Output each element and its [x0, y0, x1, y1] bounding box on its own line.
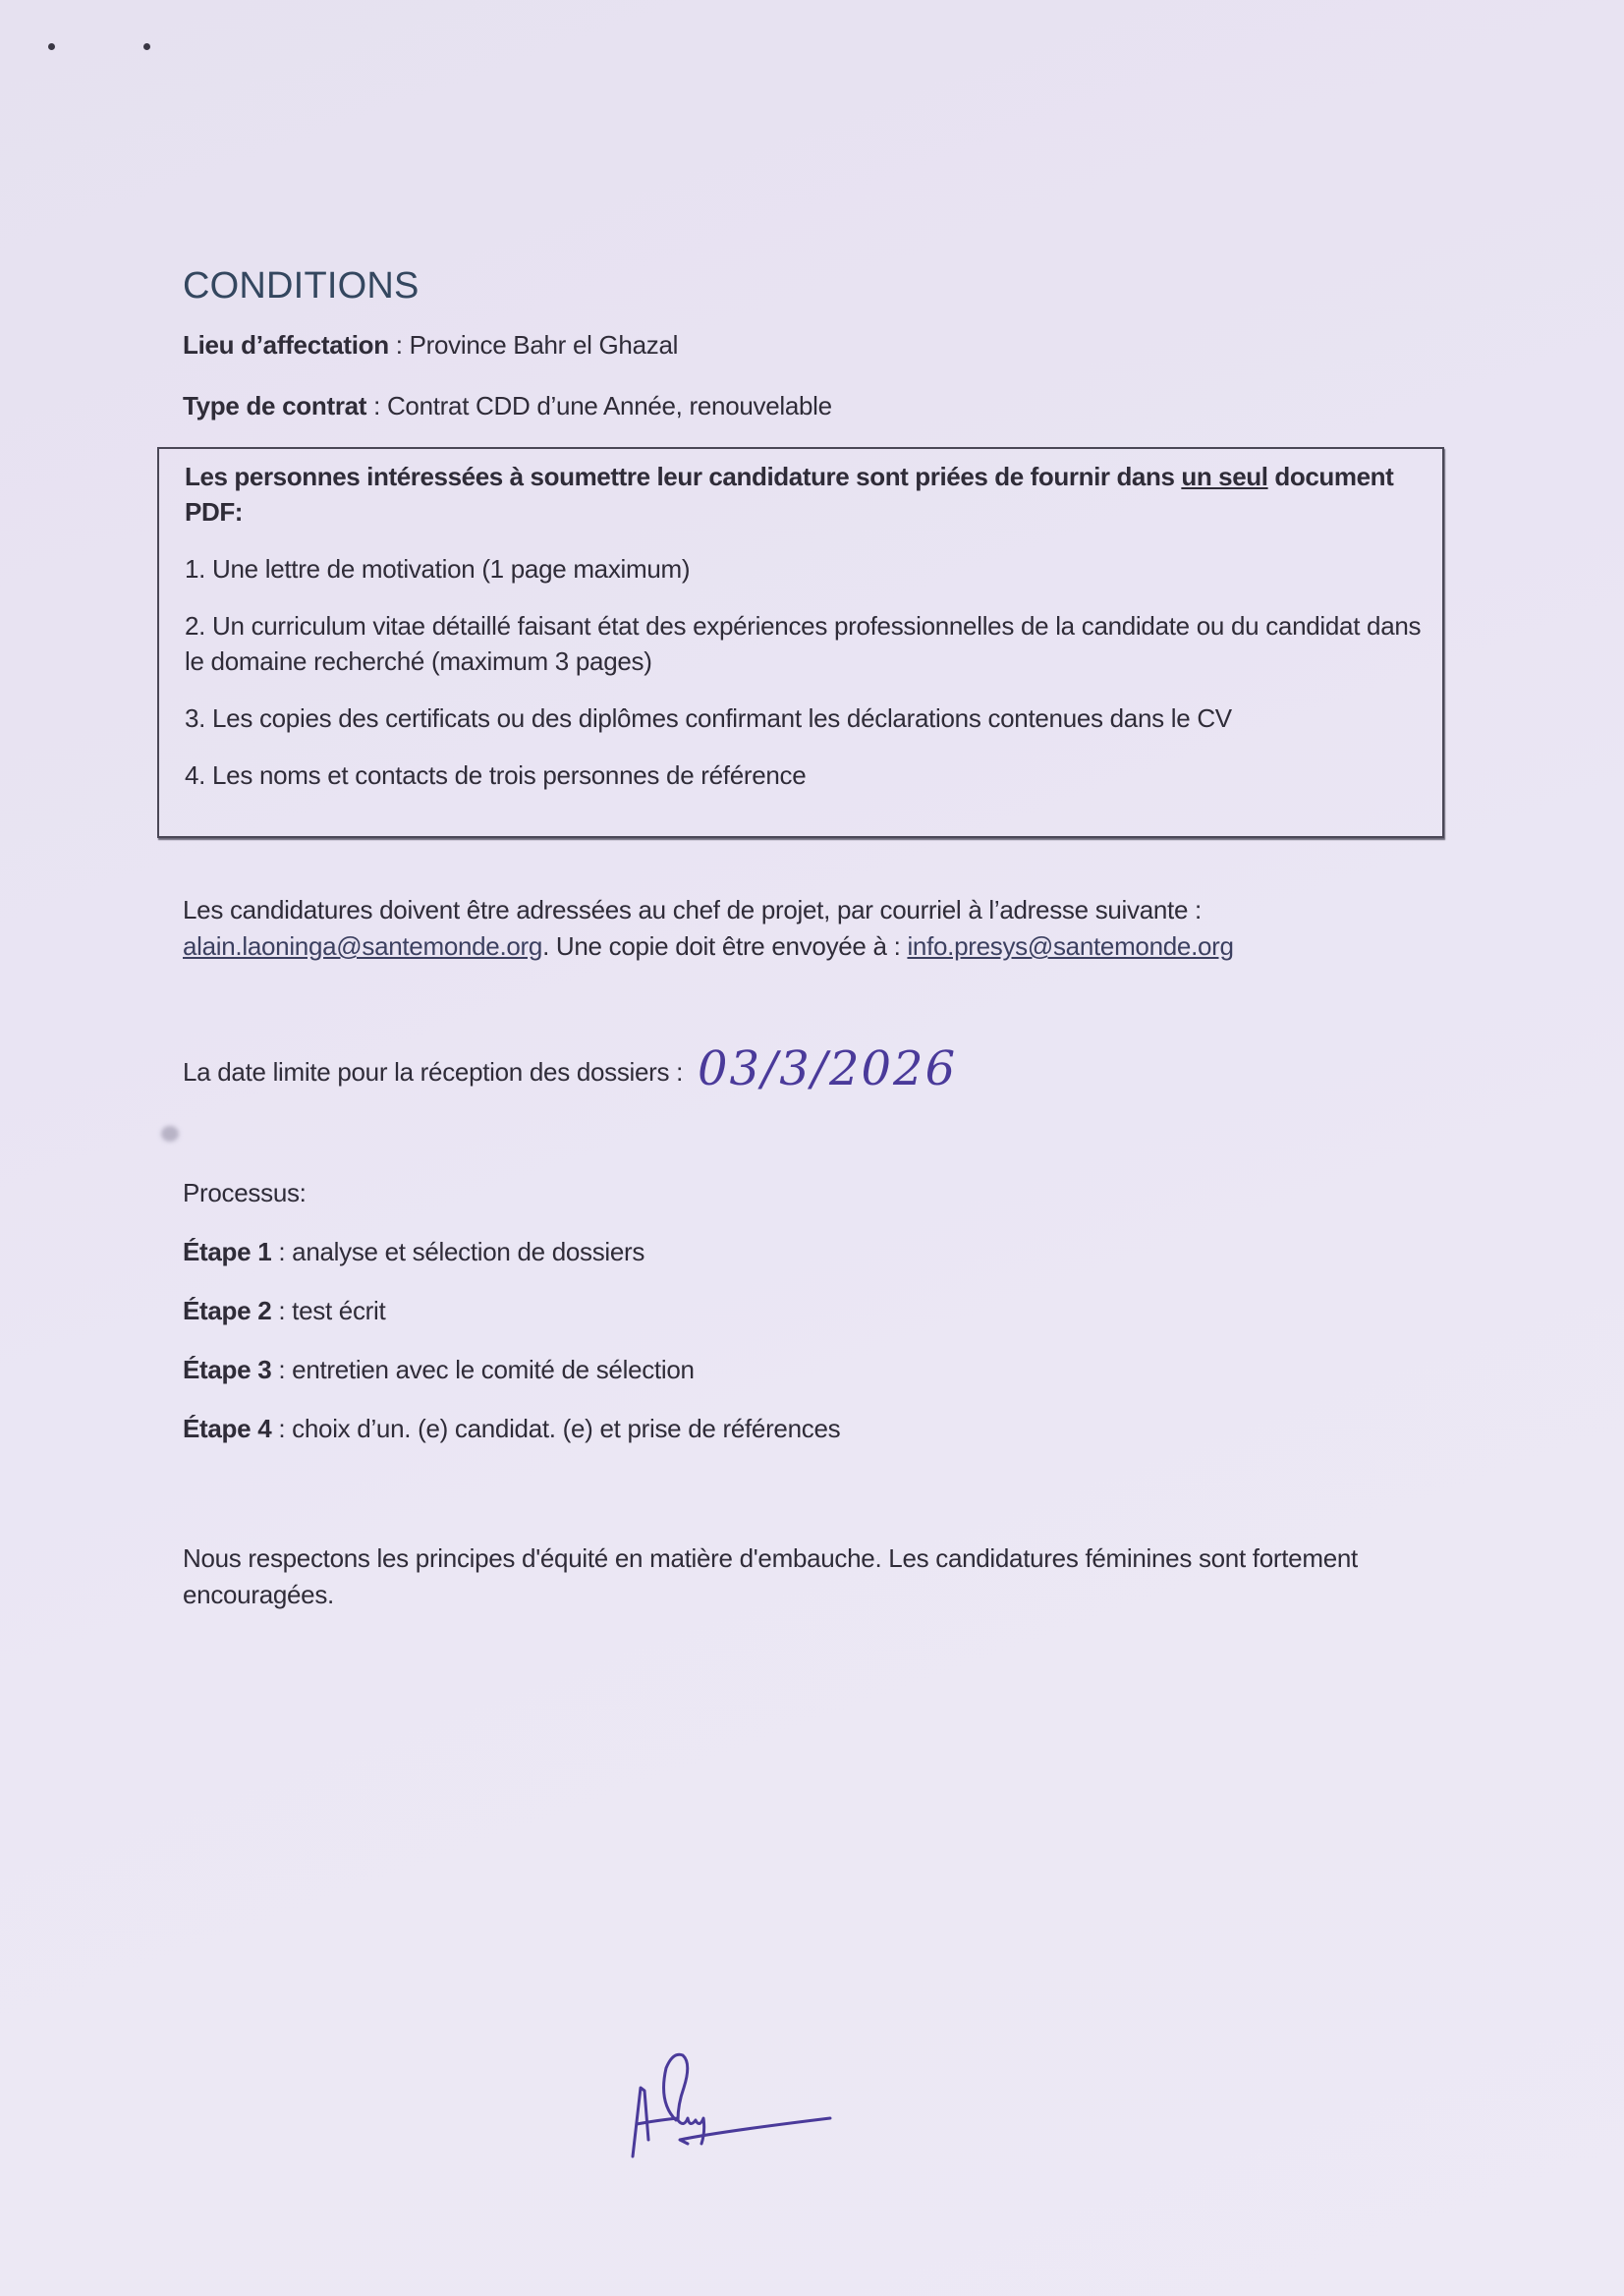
- process-step: Étape 4 : choix d’un. (e) candidat. (e) …: [183, 1411, 1460, 1446]
- location-value: Province Bahr el Ghazal: [410, 330, 678, 360]
- location-line: Lieu d’affectation : Province Bahr el Gh…: [183, 327, 1460, 363]
- process-step: Étape 1 : analyse et sélection de dossie…: [183, 1234, 1460, 1269]
- requirement-item: 3. Les copies des certificats ou des dip…: [185, 700, 1423, 736]
- conditions-section: CONDITIONS Lieu d’affectation : Province…: [183, 265, 1460, 449]
- page-title: CONDITIONS: [183, 265, 1460, 308]
- deadline-section: La date limite pour la réception des dos…: [183, 1051, 1460, 1091]
- requirements-intro: Les personnes intéressées à soumettre le…: [185, 459, 1423, 530]
- contract-line: Type de contrat : Contrat CDD d’une Anné…: [183, 388, 1460, 423]
- location-label: Lieu d’affectation: [183, 330, 389, 360]
- primary-email-link[interactable]: alain.laoninga@santemonde.org: [183, 931, 542, 961]
- punch-hole-mark: [48, 43, 55, 50]
- process-step: Étape 2 : test écrit: [183, 1293, 1460, 1328]
- equity-section: Nous respectons les principes d'équité e…: [183, 1540, 1440, 1613]
- equity-statement: Nous respectons les principes d'équité e…: [183, 1540, 1440, 1613]
- application-instructions: Les candidatures doivent être adressées …: [183, 892, 1460, 965]
- process-step: Étape 3 : entretien avec le comité de sé…: [183, 1352, 1460, 1387]
- punch-hole-mark: [143, 43, 150, 50]
- deadline-line: La date limite pour la réception des dos…: [183, 1051, 1460, 1091]
- copy-email-link[interactable]: info.presys@santemonde.org: [907, 931, 1233, 961]
- deadline-handwritten-date: 03/3/2026: [698, 1041, 957, 1096]
- contract-label: Type de contrat: [183, 391, 366, 420]
- requirement-item: 2. Un curriculum vitae détaillé faisant …: [185, 608, 1423, 679]
- requirements-box: Les personnes intéressées à soumettre le…: [157, 447, 1444, 838]
- deadline-label: La date limite pour la réception des dos…: [183, 1057, 690, 1087]
- requirement-item: 4. Les noms et contacts de trois personn…: [185, 757, 1423, 793]
- process-title: Processus:: [183, 1175, 1460, 1210]
- ink-smudge: [161, 1126, 179, 1142]
- signature-icon: [619, 2034, 845, 2161]
- contract-value: Contrat CDD d’une Année, renouvelable: [387, 391, 832, 420]
- application-section: Les candidatures doivent être adressées …: [183, 892, 1460, 965]
- requirement-item: 1. Une lettre de motivation (1 page maxi…: [185, 551, 1423, 587]
- emphasis-underlined: un seul: [1181, 462, 1267, 491]
- process-section: Processus: Étape 1 : analyse et sélectio…: [183, 1175, 1460, 1470]
